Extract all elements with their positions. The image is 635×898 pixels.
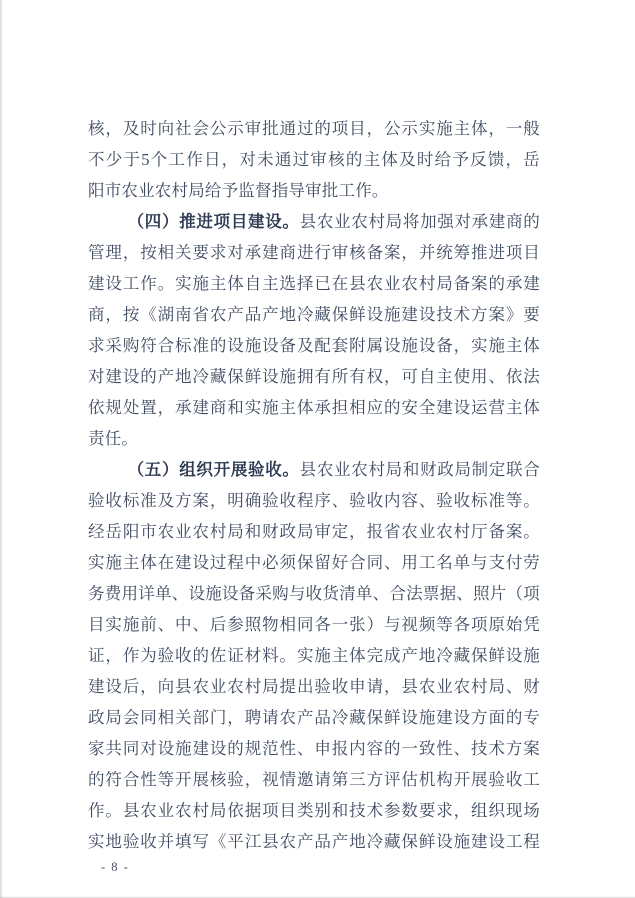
text-line: 实施主体在建设过程中必须保留好合同、用工名单与支付劳	[88, 547, 540, 578]
text-line: 经岳阳市农业农村局和财政局审定，报省农业农村厅备案。	[88, 516, 540, 547]
page-number: - 8 -	[101, 860, 129, 875]
document-page: 核，及时向社会公示审批通过的项目，公示实施主体，一般不少于5个工作日，对未通过审…	[0, 0, 635, 898]
text-line: 目实施前、中、后参照物相同各一张）与视频等各项原始凭	[88, 609, 540, 640]
text-line: 的符合性等开展核验，视情邀请第三方评估机构开展验收工	[88, 764, 540, 795]
text-line: 实地验收并填写《平江县农产品产地冷藏保鲜设施建设工程	[88, 826, 540, 857]
section-heading: （五）组织开展验收。	[128, 460, 300, 479]
text-line: 家共同对设施建设的规范性、申报内容的一致性、技术方案	[88, 733, 540, 764]
text-line: 政局会同相关部门，聘请农产品冷藏保鲜设施建设方面的专	[88, 702, 540, 733]
text-line: 依规处置，承建商和实施主体承担相应的安全建设运营主体	[88, 392, 540, 423]
text-line: 求采购符合标准的设施设备及配套附属设施设备，实施主体	[88, 330, 540, 361]
section-heading: （四）推进项目建设。	[128, 212, 300, 231]
text-line: 阳市农业农村局给予监督指导审批工作。	[88, 175, 540, 206]
text-line: 不少于5个工作日，对未通过审核的主体及时给予反馈，岳	[88, 144, 540, 175]
text-line: 证，作为验收的佐证材料。实施主体完成产地冷藏保鲜设施	[88, 640, 540, 671]
text-line: 核，及时向社会公示审批通过的项目，公示实施主体，一般	[88, 113, 540, 144]
text-line: 作。县农业农村局依据项目类别和技术参数要求，组织现场	[88, 795, 540, 826]
text-line: 责任。	[88, 423, 540, 454]
text-line: 对建设的产地冷藏保鲜设施拥有所有权，可自主使用、依法	[88, 361, 540, 392]
text-line: 建设工作。实施主体自主选择已在县农业农村局备案的承建	[88, 268, 540, 299]
document-body: 核，及时向社会公示审批通过的项目，公示实施主体，一般不少于5个工作日，对未通过审…	[88, 113, 540, 857]
text-line: 务费用详单、设施设备采购与收货清单、合法票据、照片（项	[88, 578, 540, 609]
text-line: 验收标准及方案，明确验收程序、验收内容、验收标准等。	[88, 485, 540, 516]
text-line: 商，按《湖南省农产品产地冷藏保鲜设施建设技术方案》要	[88, 299, 540, 330]
text-line: 建设后，向县农业农村局提出验收申请，县农业农村局、财	[88, 671, 540, 702]
section-heading-line: （四）推进项目建设。县农业农村局将加强对承建商的	[88, 206, 540, 237]
section-heading-line: （五）组织开展验收。县农业农村局和财政局制定联合	[88, 454, 540, 485]
text-line: 管理，按相关要求对承建商进行审核备案，并统筹推进项目	[88, 237, 540, 268]
